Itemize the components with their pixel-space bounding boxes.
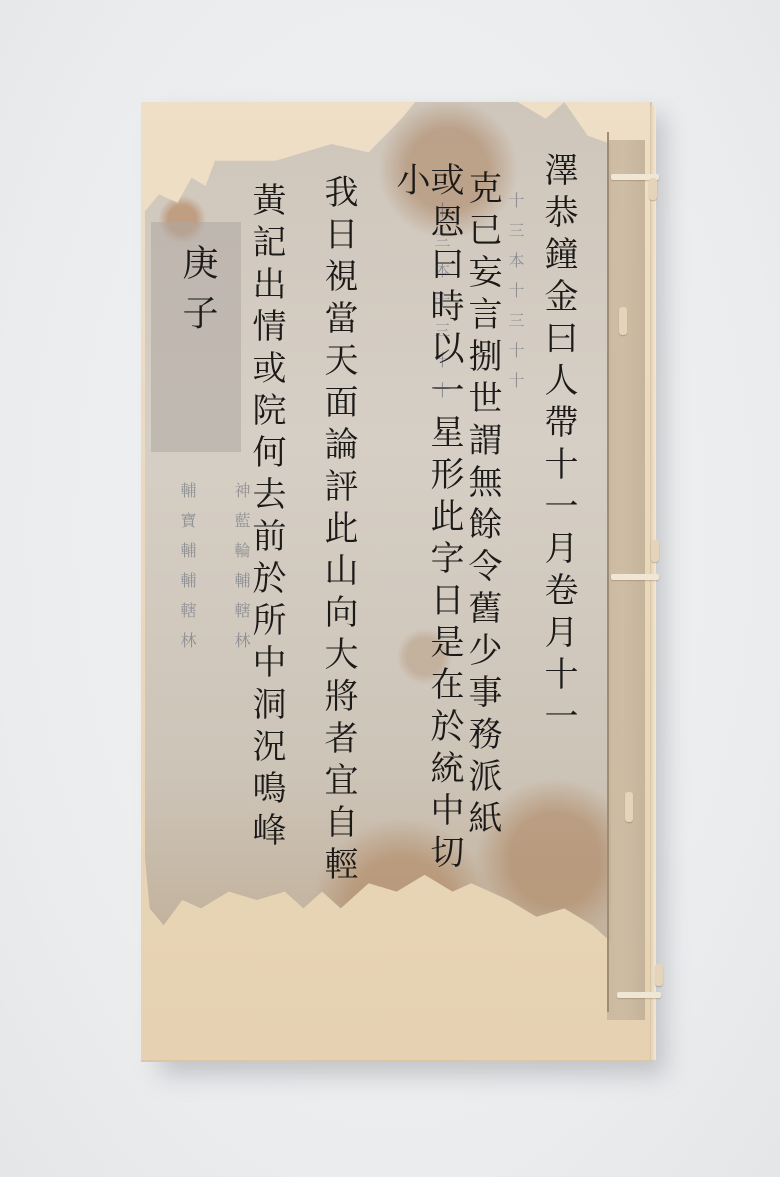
book-spine: [607, 140, 645, 1020]
thread-knot-3: [651, 540, 659, 562]
calligraphy-column-1: 澤恭鐘金曰人帶十一月卷月十一: [541, 152, 575, 912]
page-edge: [651, 106, 656, 1060]
faint-text-column-2: 十三本十三十十: [433, 202, 449, 902]
faint-text-column-3: 神藍輪輔轄林: [233, 482, 249, 902]
faint-text-column-1: 十三本十三十十: [507, 192, 523, 892]
binding-thread-3: [611, 574, 659, 580]
thread-knot-5: [655, 964, 663, 986]
thread-knot-2: [619, 307, 627, 335]
title-label: 庚子: [179, 244, 215, 344]
faint-text-column-4: 輔寶輔輔轄林: [179, 482, 195, 902]
thread-knot-4: [625, 792, 633, 822]
manuscript-fragment: 庚子 澤恭鐘金曰人帶十一月卷月十一 克已妄言捌世謂無餘令舊少事務派紙 或恩曰時以…: [145, 102, 611, 942]
calligraphy-column-4: 我日視當天面論評此山向大將者宜自輕: [321, 174, 355, 914]
thread-knot-1: [649, 178, 657, 200]
calligraphy-column-5: 黃記出情或院何去前於所中洞況鳴峰: [249, 182, 283, 902]
calligraphy-column-2: 克已妄言捌世謂無餘令舊少事務派紙: [465, 170, 499, 930]
manuscript-book: 庚子 澤恭鐘金曰人帶十一月卷月十一 克已妄言捌世謂無餘令舊少事務派紙 或恩曰時以…: [141, 102, 652, 1062]
spine-fold-line: [607, 132, 609, 1012]
binding-thread-5: [617, 992, 661, 998]
